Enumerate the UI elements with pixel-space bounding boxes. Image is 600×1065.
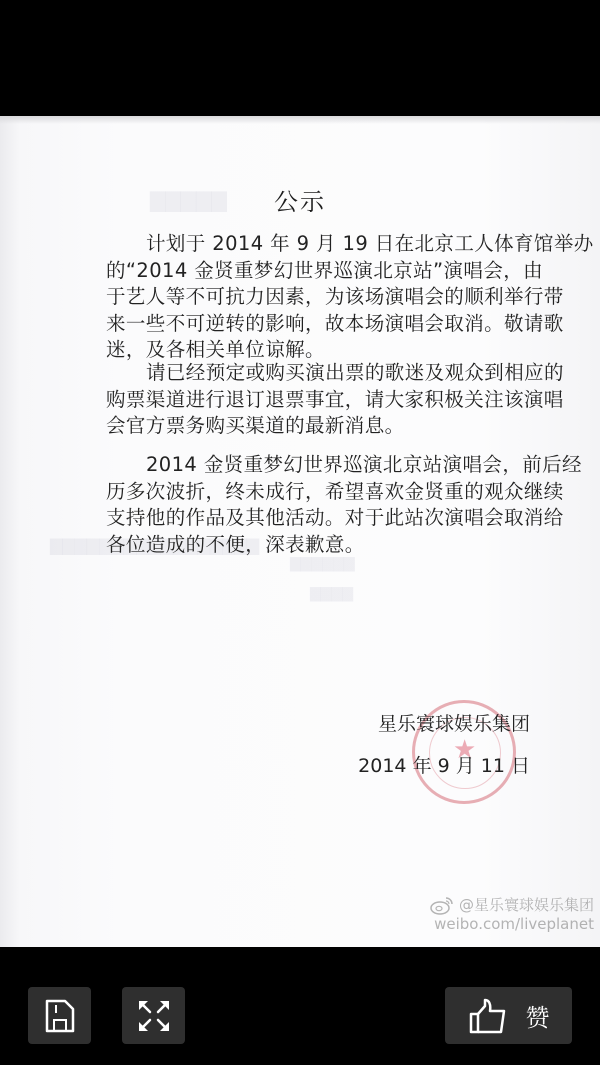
document-image[interactable]: ▇▇▇▇▇ ▇▇▇▇▇▇▇▇▇▇▇▇▇▇▇▇▇ ▇▇▇▇▇▇ ▇▇▇▇ 公示 计… [0,116,600,947]
paragraph-line: 于艺人等不可抗力因素，为该场演唱会的顺利举行带 [106,284,536,311]
weibo-logo-icon [429,895,455,915]
paragraph-3: 2014 金贤重梦幻世界巡演北京站演唱会，前后经 历多次波折，终未成行，希望喜欢… [106,452,536,558]
paragraph-line: 支持他的作品及其他活动。对于此站次演唱会取消给 [106,505,536,532]
image-viewer: ▇▇▇▇▇ ▇▇▇▇▇▇▇▇▇▇▇▇▇▇▇▇▇ ▇▇▇▇▇▇ ▇▇▇▇ 公示 计… [0,0,600,1065]
signature-date: 2014 年 9 月 11 日 [358,745,530,787]
bleed-through-text: ▇▇▇▇▇▇ [290,556,355,572]
paragraph-line: 历多次波折，终未成行，希望喜欢金贤重的观众继续 [106,479,536,506]
paragraph-line: 请已经预定或购买演出票的歌迷及观众到相应的 [106,360,536,387]
weibo-handle: @星乐寰球娱乐集团 [459,896,594,915]
paragraph-line: 会官方票务购买渠道的最新消息。 [106,413,536,440]
fullscreen-button[interactable] [122,987,185,1044]
signature-block: 星乐寰球娱乐集团 2014 年 9 月 11 日 [358,703,530,787]
paragraph-1: 计划于 2014 年 9 月 19 日在北京工人体育馆举办 的“2014 金贤重… [106,231,536,364]
paragraph-line: 计划于 2014 年 9 月 19 日在北京工人体育馆举办 [106,231,536,258]
document-title: 公示 [0,182,600,217]
signature-organization: 星乐寰球娱乐集团 [358,703,530,745]
paragraph-line: 各位造成的不便，深表歉意。 [106,532,536,559]
save-button[interactable] [28,987,91,1044]
thumbs-up-icon [468,997,508,1035]
save-icon [44,998,76,1034]
bleed-through-text: ▇▇▇▇ [310,586,353,602]
paragraph-line: 购票渠道进行退订退票事宜，请大家积极关注该演唱 [106,387,536,414]
paragraph-line: 来一些不可逆转的影响，故本场演唱会取消。敬请歌 [106,311,536,338]
like-label: 赞 [526,998,550,1033]
weibo-watermark: @星乐寰球娱乐集团 weibo.com/liveplanet [429,895,594,934]
paragraph-2: 请已经预定或购买演出票的歌迷及观众到相应的 购票渠道进行退订退票事宜，请大家积极… [106,360,536,440]
paragraph-line: 2014 金贤重梦幻世界巡演北京站演唱会，前后经 [106,452,536,479]
bottom-toolbar: 赞 [0,947,600,1065]
weibo-url: weibo.com/liveplanet [429,915,594,934]
fullscreen-icon [137,999,171,1033]
like-button[interactable]: 赞 [445,987,572,1044]
paragraph-line: 的“2014 金贤重梦幻世界巡演北京站”演唱会，由 [106,258,536,285]
